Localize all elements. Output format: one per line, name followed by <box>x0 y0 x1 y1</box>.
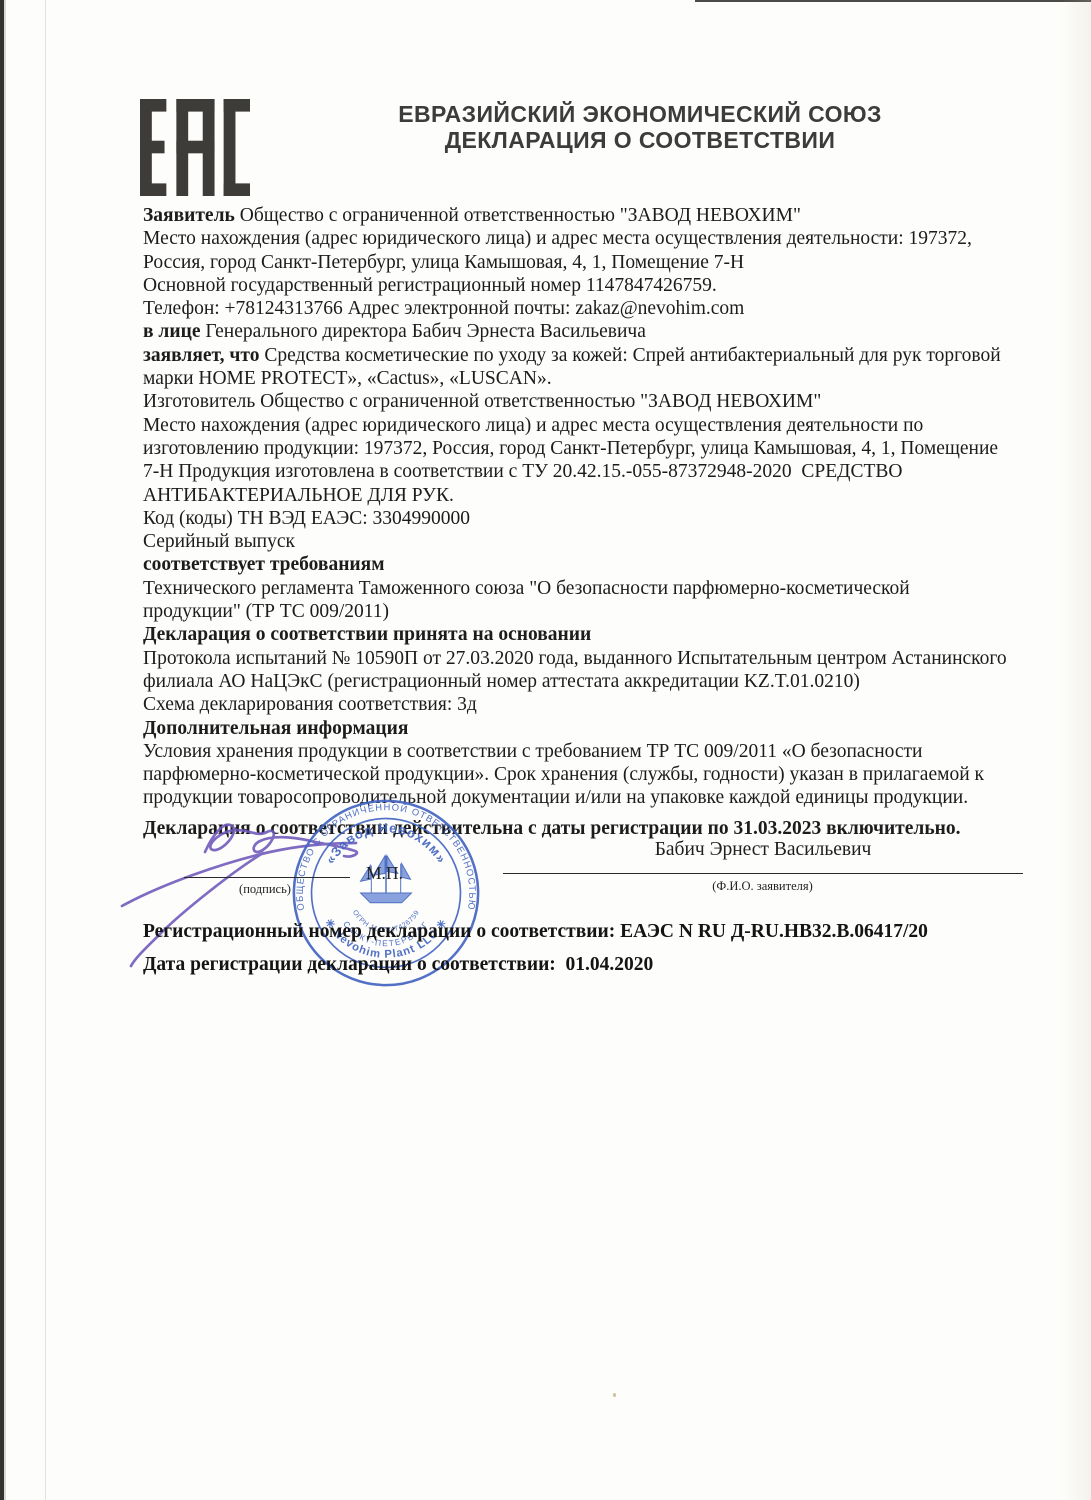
text-segment: Технического регламента Таможенного союз… <box>143 578 910 599</box>
fio-line <box>503 873 1023 874</box>
text-segment: соответствует требованиям <box>143 554 385 575</box>
text-segment: Серийный выпуск <box>143 531 295 552</box>
scan-left-edge-shadow <box>4 0 6 1500</box>
document-line: Заявитель Общество с ограниченной ответс… <box>143 204 1073 227</box>
applicant-name: Бабич Эрнест Васильевич <box>503 839 1023 861</box>
text-segment: Схема декларирования соответствия: 3д <box>143 694 477 715</box>
text-segment: Общество с ограниченной ответственностью… <box>240 205 801 226</box>
eac-logo <box>140 99 250 196</box>
document-line: Место нахождения (адрес юридического лиц… <box>143 227 1073 250</box>
text-segment: 7-Н Продукция изготовлена в соответствии… <box>143 461 902 482</box>
scan-fold-line <box>45 0 46 1500</box>
text-segment: Заявитель <box>143 205 240 226</box>
document-line: Протокола испытаний № 10590П от 27.03.20… <box>143 647 1073 670</box>
document-line: 7-Н Продукция изготовлена в соответствии… <box>143 460 1073 483</box>
text-segment: Россия, город Санкт-Петербург, улица Кам… <box>143 252 744 273</box>
text-segment: Протокола испытаний № 10590П от 27.03.20… <box>143 648 1007 669</box>
title-line-declaration: ДЕКЛАРАЦИЯ О СООТВЕТСТВИИ <box>375 127 905 153</box>
signature-line <box>184 877 350 878</box>
signature-caption: (подпись) <box>205 882 325 897</box>
registration-number-value: ЕАЭС N RU Д-RU.НВ32.В.06417/20 <box>620 921 928 942</box>
text-segment: Изготовитель Общество с ограниченной отв… <box>143 391 821 412</box>
text-segment: Место нахождения (адрес юридического лиц… <box>143 415 923 436</box>
stamp-place-label: М.П. <box>366 863 403 884</box>
text-segment: Основной государственный регистрационный… <box>143 275 717 296</box>
document-line: Код (коды) ТН ВЭД ЕАЭС: 3304990000 <box>143 507 1073 530</box>
document-line: Дополнительная информация <box>143 717 1073 740</box>
document-line: соответствует требованиям <box>143 553 1073 576</box>
document-line: Россия, город Санкт-Петербург, улица Кам… <box>143 251 1073 274</box>
document-line: в лице Генерального директора Бабич Эрне… <box>143 320 1073 343</box>
text-segment: в лице <box>143 321 205 342</box>
scanned-declaration-page: ЕВРАЗИЙСКИЙ ЭКОНОМИЧЕСКИЙ СОЮЗ ДЕКЛАРАЦИ… <box>0 0 1091 1500</box>
document-line: парфюмерно-косметической продукции». Сро… <box>143 763 1073 786</box>
text-segment: филиала АО НаЦЭкС (регистрационный номер… <box>143 671 860 692</box>
document-line: Технического регламента Таможенного союз… <box>143 577 1073 600</box>
document-body: Заявитель Общество с ограниченной ответс… <box>143 204 1073 840</box>
text-segment: Код (коды) ТН ВЭД ЕАЭС: 3304990000 <box>143 508 470 529</box>
registration-number-line: Регистрационный номер декларации о соотв… <box>143 921 928 943</box>
document-line: изготовлению продукции: 197372, Россия, … <box>143 437 1073 460</box>
registration-number-label: Регистрационный номер декларации о соотв… <box>143 921 620 942</box>
title-line-union: ЕВРАЗИЙСКИЙ ЭКОНОМИЧЕСКИЙ СОЮЗ <box>375 101 905 127</box>
scan-top-edge <box>695 0 1091 2</box>
text-segment: Декларация о соответствии принята на осн… <box>143 624 591 645</box>
document-line: филиала АО НаЦЭкС (регистрационный номер… <box>143 670 1073 693</box>
document-line: заявляет, что Средства косметические по … <box>143 344 1073 367</box>
text-segment: парфюмерно-косметической продукции». Сро… <box>143 764 984 785</box>
document-line: Схема декларирования соответствия: 3д <box>143 693 1073 716</box>
document-line: Основной государственный регистрационный… <box>143 274 1073 297</box>
scan-speck <box>613 1393 616 1397</box>
text-segment: Средства косметические по уходу за кожей… <box>264 345 1000 366</box>
text-segment: Телефон: +78124313766 Адрес электронной … <box>143 298 744 319</box>
document-line: Телефон: +78124313766 Адрес электронной … <box>143 297 1073 320</box>
document-line: марки HOME PROTECT», «Cactus», «LUSCAN». <box>143 367 1073 390</box>
registration-date-line: Дата регистрации декларации о соответств… <box>143 954 653 976</box>
document-line: Изготовитель Общество с ограниченной отв… <box>143 390 1073 413</box>
text-segment: Место нахождения (адрес юридического лиц… <box>143 228 972 249</box>
document-line: Серийный выпуск <box>143 530 1073 553</box>
text-segment: АНТИБАКТЕРИАЛЬНОЕ ДЛЯ РУК. <box>143 485 454 506</box>
text-segment: Генерального директора Бабич Эрнеста Вас… <box>205 321 646 342</box>
registration-date-label: Дата регистрации декларации о соответств… <box>143 954 566 975</box>
document-line: Место нахождения (адрес юридического лиц… <box>143 414 1073 437</box>
document-line: Условия хранения продукции в соответстви… <box>143 740 1073 763</box>
text-segment: изготовлению продукции: 197372, Россия, … <box>143 438 998 459</box>
registration-date-value: 01.04.2020 <box>566 954 654 975</box>
text-segment: Условия хранения продукции в соответстви… <box>143 741 922 762</box>
document-line: АНТИБАКТЕРИАЛЬНОЕ ДЛЯ РУК. <box>143 484 1073 507</box>
text-segment: марки HOME PROTECT», «Cactus», «LUSCAN». <box>143 368 552 389</box>
text-segment: продукции" (ТР ТС 009/2011) <box>143 601 389 622</box>
text-segment: Дополнительная информация <box>143 718 408 739</box>
document-title: ЕВРАЗИЙСКИЙ ЭКОНОМИЧЕСКИЙ СОЮЗ ДЕКЛАРАЦИ… <box>375 101 905 153</box>
fio-caption: (Ф.И.О. заявителя) <box>600 879 925 894</box>
text-segment: заявляет, что <box>143 345 264 366</box>
document-line: продукции" (ТР ТС 009/2011) <box>143 600 1073 623</box>
document-line: Декларация о соответствии принята на осн… <box>143 623 1073 646</box>
